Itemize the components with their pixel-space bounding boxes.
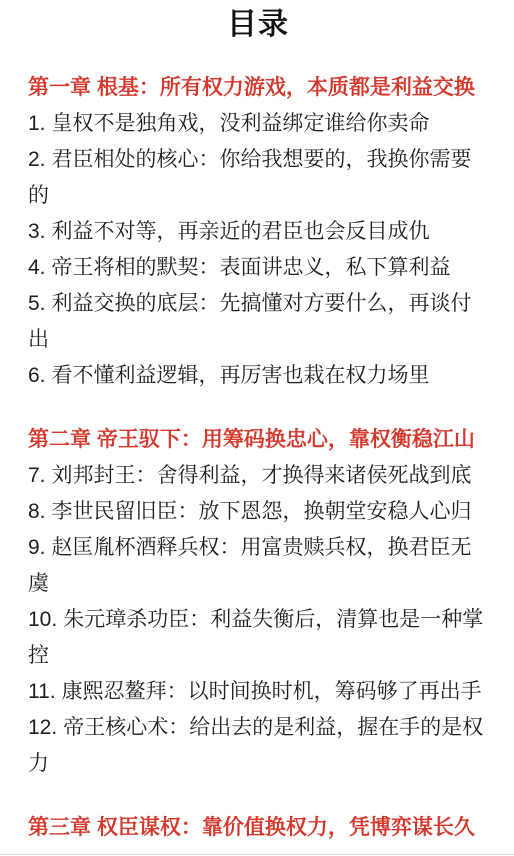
- toc-item-number: 1.: [28, 112, 46, 135]
- toc-item: 12.帝王核心术：给出去的是利益，握在手的是权力: [28, 710, 488, 782]
- toc-item-number: 4.: [28, 256, 46, 279]
- toc-item-number: 5.: [28, 292, 46, 315]
- toc-item: 10.朱元璋杀功臣：利益失衡后，清算也是一种掌控: [28, 602, 488, 674]
- toc-page: 目录 第一章 根基：所有权力游戏，本质都是利益交换 1.皇权不是独角戏，没利益绑…: [0, 0, 514, 856]
- toc-item-text: 刘邦封王：舍得利益，才换得来诸侯死战到底: [52, 464, 472, 487]
- toc-item-text: 看不懂利益逻辑，再厉害也栽在权力场里: [52, 364, 430, 387]
- page-title: 目录: [28, 6, 488, 44]
- toc-item-text: 帝王核心术：给出去的是利益，握在手的是权力: [28, 716, 483, 775]
- toc-item: 7.刘邦封王：舍得利益，才换得来诸侯死战到底: [28, 458, 488, 494]
- toc-item-number: 10.: [28, 608, 57, 631]
- toc-item-number: 6.: [28, 364, 46, 387]
- bottom-divider: [0, 854, 514, 855]
- toc-item-text: 李世民留旧臣：放下恩怨，换朝堂安稳人心归: [52, 500, 472, 523]
- toc-item-text: 赵匡胤杯酒释兵权：用富贵赎兵权，换君臣无虞: [28, 536, 472, 595]
- toc-item-number: 7.: [28, 464, 46, 487]
- toc-item: 11.康熙忍鳌拜：以时间换时机，筹码够了再出手: [28, 674, 488, 710]
- toc-item-number: 2.: [28, 148, 46, 171]
- chapter-heading: 第一章 根基：所有权力游戏，本质都是利益交换: [28, 70, 488, 106]
- toc-item-number: 9.: [28, 536, 46, 559]
- toc-item: 5.利益交换的底层：先搞懂对方要什么，再谈付出: [28, 286, 488, 358]
- toc-item-number: 3.: [28, 220, 46, 243]
- toc-item-text: 利益不对等，再亲近的君臣也会反目成仇: [52, 220, 430, 243]
- chapter-section-3: 第三章 权臣谋权：靠价值换权力，凭博弈谋长久: [28, 810, 488, 846]
- toc-item: 9.赵匡胤杯酒释兵权：用富贵赎兵权，换君臣无虞: [28, 530, 488, 602]
- toc-item-number: 8.: [28, 500, 46, 523]
- toc-item-text: 康熙忍鳌拜：以时间换时机，筹码够了再出手: [62, 680, 482, 703]
- chapter-heading: 第二章 帝王驭下：用筹码换忠心，靠权衡稳江山: [28, 422, 488, 458]
- chapter-section-1: 第一章 根基：所有权力游戏，本质都是利益交换 1.皇权不是独角戏，没利益绑定谁给…: [28, 70, 488, 394]
- toc-item-text: 朱元璋杀功臣：利益失衡后，清算也是一种掌控: [28, 608, 483, 667]
- toc-item-text: 皇权不是独角戏，没利益绑定谁给你卖命: [52, 112, 430, 135]
- toc-item: 2.君臣相处的核心：你给我想要的，我换你需要的: [28, 142, 488, 214]
- toc-item-number: 12.: [28, 716, 57, 739]
- toc-item-text: 帝王将相的默契：表面讲忠义，私下算利益: [52, 256, 451, 279]
- chapter-section-2: 第二章 帝王驭下：用筹码换忠心，靠权衡稳江山 7.刘邦封王：舍得利益，才换得来诸…: [28, 422, 488, 782]
- toc-item: 8.李世民留旧臣：放下恩怨，换朝堂安稳人心归: [28, 494, 488, 530]
- toc-item-text: 君臣相处的核心：你给我想要的，我换你需要的: [28, 148, 472, 207]
- toc-item: 6.看不懂利益逻辑，再厉害也栽在权力场里: [28, 358, 488, 394]
- toc-item: 1.皇权不是独角戏，没利益绑定谁给你卖命: [28, 106, 488, 142]
- chapter-heading: 第三章 权臣谋权：靠价值换权力，凭博弈谋长久: [28, 810, 488, 846]
- toc-item: 3.利益不对等，再亲近的君臣也会反目成仇: [28, 214, 488, 250]
- toc-item-text: 利益交换的底层：先搞懂对方要什么，再谈付出: [28, 292, 472, 351]
- toc-item: 4.帝王将相的默契：表面讲忠义，私下算利益: [28, 250, 488, 286]
- toc-item-number: 11.: [28, 680, 56, 703]
